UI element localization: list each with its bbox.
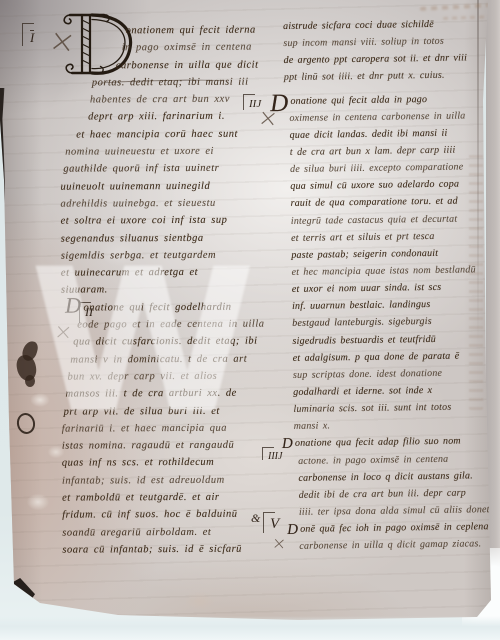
manuscript-line: adrehildis uuinebga. et sieuestu	[61, 194, 298, 213]
manuscript-line: qua dicit cusfarcionis. dedit etaq; ibi	[61, 333, 298, 352]
manuscript-line: bestgaud lanteburgis. sigeburgis	[287, 313, 489, 333]
manuscript-line: siuuaram.	[61, 281, 298, 300]
manuscript-line: soara cū infantab; suis. id ē sicfarū	[62, 540, 299, 559]
manuscript-line: mansi v in dominicatu. t de cra art	[61, 350, 298, 369]
manuscript-line: sigemldis serbga. et teutgardem	[61, 246, 298, 265]
manuscript-line: iiii. ter ipsa dona alda simul cū aliis …	[290, 501, 492, 521]
margin-numeral-5: V	[270, 518, 279, 530]
ink-blot	[17, 341, 43, 388]
manuscript-line: farinariū i. et haec mancipia qua	[62, 419, 299, 438]
manuscript-line: portas. dedit etaq; ibi mansi iii	[60, 73, 297, 92]
section-initial: D	[287, 522, 298, 538]
manuscript-line: mansi x.	[289, 415, 491, 435]
photo-background-strip	[0, 616, 500, 640]
manuscript-line: actone. in pago oximsē in centena	[289, 450, 491, 470]
charter-section: onationem qui fecit idernain pago oximsē…	[60, 21, 298, 299]
manuscript-line: sup incom mansi viii. soliup in totos	[283, 32, 485, 52]
manuscript-line: onationem qui fecit iderna	[60, 21, 297, 40]
manuscript-line: et terris art et siluis et prt tesca	[286, 227, 488, 247]
margin-numeral-4: IIIJ	[268, 451, 282, 463]
manuscript-line: in pago oximsē in centena	[60, 39, 297, 58]
manuscript-line: carbonense in uilla q dicit gamap ziacas…	[290, 535, 492, 555]
corner-tear	[8, 578, 35, 609]
manuscript-line: infantab; suis. id est adreuoldum	[62, 471, 299, 490]
manuscript-line: segenandus siluanus sientbga	[61, 229, 298, 248]
manuscript-line: et soltra ei uxore coi inf ista sup	[61, 212, 298, 231]
cross-mark: ×	[46, 20, 78, 61]
ring-doodle	[15, 411, 37, 435]
manuscript-line: et ramboldū et teutgardē. et air	[62, 488, 299, 507]
manuscript-line: carbonense in uilla que dicit	[60, 56, 297, 75]
manuscript-line: de silua buri iiii. excepto comparatione	[285, 158, 487, 178]
margin-numeral-2: II	[85, 306, 93, 318]
ink-offset-marks	[420, 3, 492, 11]
margin-numeral-1: I	[30, 30, 34, 44]
manuscript-line: Donatione qui fecit godelhardin	[61, 298, 298, 317]
manuscript-line: sup scriptas done. idest donatione	[288, 364, 490, 384]
manuscript-line: gauthilde quorū inf ista uuinetr	[60, 160, 297, 179]
manuscript-line: nomina uuineuestu et uxore ei	[60, 142, 297, 161]
stray-ampersand: &	[251, 511, 260, 526]
section-initial: D	[282, 436, 293, 452]
manuscript-line: eode pago et in eade centena in uilla	[61, 315, 298, 334]
text-column-right: aistrude sicfara coci duae sichildēsup i…	[283, 15, 492, 555]
page-left-edge	[0, 88, 8, 604]
manuscript-line: oximense in centena carbonense in uilla	[284, 107, 486, 127]
manuscript-line: mansos iii. t de cra artburi xx. de	[61, 385, 298, 404]
charter-section: Donatione qua fecit adap filio suo nomac…	[289, 433, 492, 522]
manuscript-photo: onationem qui fecit idernain pago oximsē…	[0, 0, 500, 640]
cross-mark: ×	[257, 103, 280, 133]
charter-section: Donē quā fec ioh in pago oximsē in ceple…	[290, 518, 492, 555]
cross-mark: ×	[53, 319, 73, 345]
text-column-left: onationem qui fecit idernain pago oximsē…	[60, 21, 300, 558]
manuscript-line: et uuinecarum et adretga et	[61, 264, 298, 283]
charter-section: aistrude sicfara coci duae sichildēsup i…	[283, 15, 486, 86]
manuscript-line: prt arp vii. de silua buri iii. et	[62, 402, 299, 421]
manuscript-line: uuineuolt uuinemann uuinegild	[60, 177, 297, 196]
manuscript-line: bun xv. depr carp vii. et alios	[61, 367, 298, 386]
manuscript-line: ppt linū sot iiii. et dnr putt x. cuius.	[284, 67, 486, 87]
manuscript-line: et hec mancipia quae istas nom bestlandū	[286, 261, 488, 281]
charter-section: Donatione qui fecit alda in pagooximense…	[284, 90, 491, 436]
cross-mark: ×	[271, 534, 287, 555]
parchment-page: onationem qui fecit idernain pago oximsē…	[0, 0, 494, 628]
